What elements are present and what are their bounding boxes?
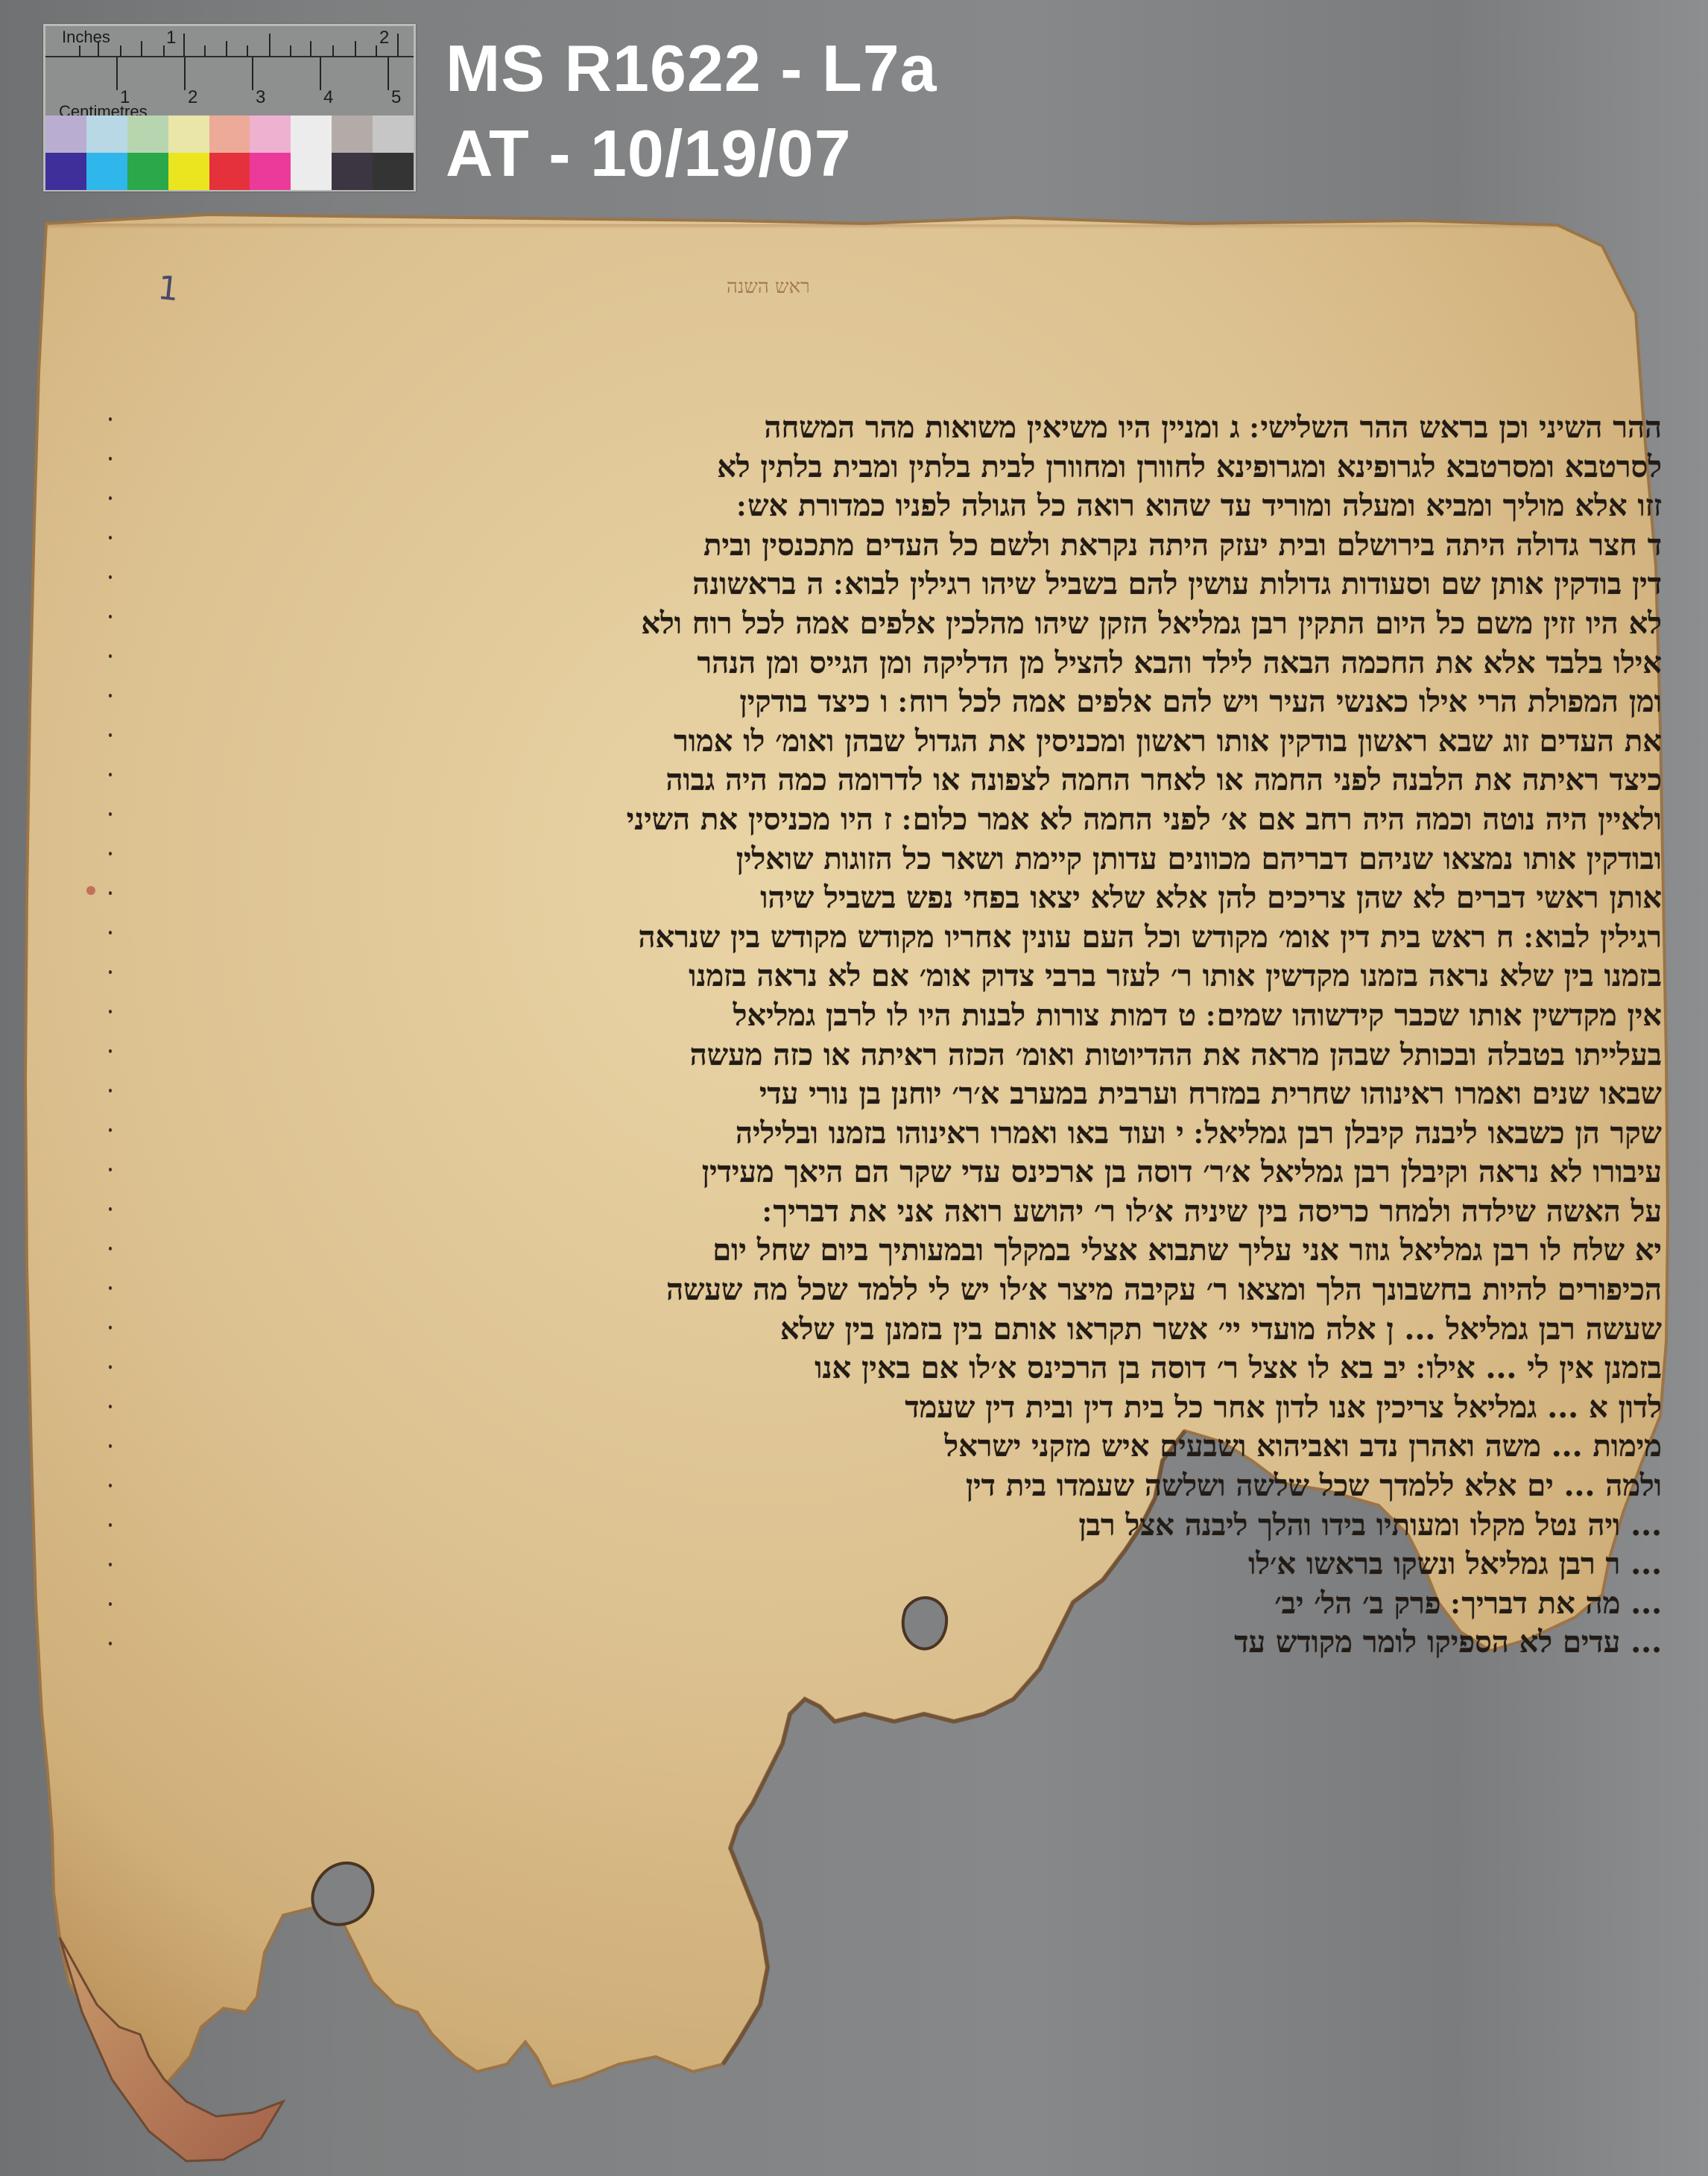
manuscript-line: ומן המפולת הרי אילו כאנשי העיר ויש להם א… [313, 683, 1662, 722]
pricking-dot [109, 1642, 112, 1645]
pricking-dot [109, 694, 112, 698]
pricking-dot [109, 891, 112, 895]
manuscript-line: ... עדים לא הספיקו לומר מקודש עד [1081, 1623, 1662, 1663]
pricking-dot [109, 1247, 112, 1250]
manuscript-line: יא שלח לו רבן גמליאל גוזר אני עליך שתבוא… [253, 1231, 1662, 1271]
pricking-dot [109, 575, 112, 579]
manuscript-line: לסרטבא ומסרטבא לגרופינא ומגרופינא לחוורן… [313, 448, 1662, 487]
manuscript-line: בזמנן אין לי ... אילו ׃ יב בא לו אצל ר׳ … [253, 1349, 1662, 1388]
pricking-dot [109, 733, 112, 737]
pricking-dot [109, 536, 112, 540]
pricking-dot [109, 1484, 112, 1487]
pricking-dot [109, 1602, 112, 1606]
manuscript-line: ולמה ... ים אלא ללמדך שכל שלשה ושלשה שעמ… [276, 1467, 1662, 1506]
pricking-dot [109, 931, 112, 934]
manuscript-line: מימות ... משה ואהרן נדב ואביהוא ושבעים א… [276, 1427, 1662, 1467]
manuscript-line: לדון א ... גמליאל צריכין אנו לדון אחר כל… [276, 1388, 1662, 1428]
pricking-dot [109, 1563, 112, 1566]
pricking-dot [109, 812, 112, 816]
manuscript-line: ההר השיני וכן בראש ההר השלישי ׃ ג ומניין… [313, 408, 1662, 448]
pricking-dot [109, 1010, 112, 1013]
pricking-dot [109, 970, 112, 974]
manuscript-line: הכיפורים להיות בחשבונך הלך ומצאו ר׳ עקיב… [253, 1271, 1662, 1310]
manuscript-line: זזו אלא מוליך ומביא ומעלה ומוריד עד שהוא… [313, 487, 1662, 526]
pricking-dot [109, 1089, 112, 1092]
folio-number-mark: 1 [156, 269, 180, 309]
manuscript-line: אין מקדשין אותו שכבר קידשוהו שמים ׃ ט דמ… [253, 996, 1662, 1036]
pricking-marks [109, 417, 115, 1681]
manuscript-line: ולאיין היה נוטה וכמה היה רחב אם א׳ לפני … [253, 800, 1662, 840]
manuscript-line: רגילין לבוא ׃ ח ראש בית דין אומ׳ מקודש ו… [253, 918, 1662, 958]
manuscript-line: אילו בלבד אלא את החכמה הבאה לילד והבא לה… [313, 644, 1662, 683]
manuscript-line: כיצד ראיתה את הלבנה לפני החמה או לאחר הח… [253, 761, 1662, 800]
manuscript-line: ... ויה נטל מקלו ומעותיו בידו והלך ליבנה… [678, 1506, 1662, 1546]
pricking-dot [109, 1049, 112, 1053]
pricking-dot [109, 1444, 112, 1448]
manuscript-line: ... ר רבן גמליאל ונשקו בראשו א׳לו [917, 1545, 1662, 1584]
manuscript-line: לא היו זזין משם כל היום התקין רבן גמליאל… [313, 604, 1662, 644]
pricking-dot [109, 654, 112, 658]
manuscript-line: ובודקין אותו נמצאו שניהם דבריהם מכוונים … [253, 840, 1662, 879]
pricking-dot [109, 496, 112, 500]
manuscript-line: שעשה רבן גמליאל ... ן אלה מועדי יי׳ אשר … [253, 1310, 1662, 1350]
manuscript-line: בעלייתו בטבלה ובכותל שבהן מראה את ההדיוט… [253, 1036, 1662, 1075]
pricking-dot [109, 1207, 112, 1211]
pricking-dot [109, 1365, 112, 1369]
pricking-dot [109, 773, 112, 777]
pricking-dot [109, 615, 112, 619]
pricking-dot [109, 1128, 112, 1132]
pricking-dot [109, 852, 112, 855]
manuscript-line: בזמנו בין שלא נראה בזמנו מקדשין אותו ר׳ … [253, 957, 1662, 996]
pricking-dot [109, 417, 112, 421]
pricking-dot [109, 457, 112, 461]
manuscript-line: דין בודקין אותן שם וסעודות גדולות עושין … [313, 565, 1662, 604]
manuscript-text-block: ההר השיני וכן בראש ההר השלישי ׃ ג ומניין… [253, 408, 1662, 1663]
manuscript-line: אותן ראשי דברים לא שהן צריכים להן אלא של… [253, 879, 1662, 918]
pricking-dot [109, 1326, 112, 1329]
manuscript-line: את העדים זוג שבא ראשון בודקין אותו ראשון… [253, 722, 1662, 762]
pricking-dot [109, 1523, 112, 1527]
manuscript-line: ד חצר גדולה היתה בירושלם ובית יעזק היתה … [313, 526, 1662, 566]
manuscript-line: ... מה את דבריך ׃ פרק ב׳ הל׳ יב׳ [1043, 1584, 1662, 1624]
pricking-dot [109, 1405, 112, 1408]
pricking-dot [109, 1168, 112, 1171]
pricking-dot [109, 1286, 112, 1290]
manuscript-line: על האשה שילדה ולמחר כריסה בין שיניה א׳לו… [253, 1192, 1662, 1232]
manuscript-line: שקר הן כשבאו ליבנה קיבלן רבן גמליאל ׃ י … [253, 1114, 1662, 1154]
manuscript-line: עיבורו לא נראה וקיבלן רבן גמליאל א׳ר׳ דו… [253, 1153, 1662, 1192]
running-head: ראש השנה [727, 276, 810, 298]
manuscript-line: שבאו שנים ואמרו ראינוהו שחרית במזרח וערב… [253, 1075, 1662, 1114]
